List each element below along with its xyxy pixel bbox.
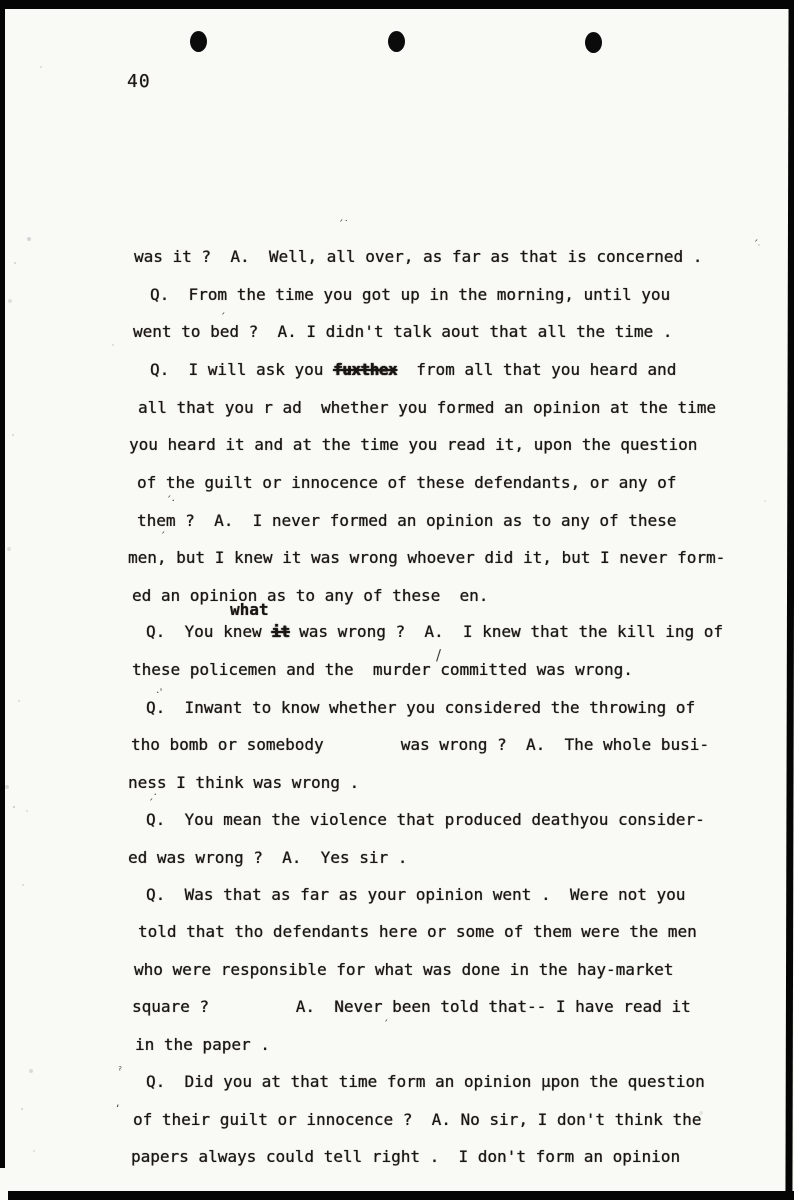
transcript-line: Q. From the time you got up in the morni…: [150, 284, 670, 306]
transcript-line: was it ? A. Well, all over, as far as th…: [134, 246, 702, 268]
transcript-line: these policemen and the murder committed…: [132, 659, 633, 681]
struck-word: it: [271, 622, 289, 641]
scan-noise-speckles: [0, 0, 2, 2]
transcript-line: Q. Did you at that time form an opinion …: [146, 1071, 705, 1093]
line-segment: from all that you heard and: [397, 360, 676, 379]
stray-mark: ˏ·: [148, 788, 157, 801]
binder-hole-icon: [388, 31, 405, 52]
transcript-line: Q. Was that as far as your opinion went …: [146, 884, 685, 906]
transcript-line-question-further: Q. I will ask you fuxthex from all that …: [150, 359, 676, 381]
stray-mark: ˊ·: [166, 494, 175, 507]
transcript-line: Q. You mean the violence that produced d…: [146, 809, 705, 831]
line-segment: Q. You knew: [146, 622, 271, 641]
binder-hole-icon: [585, 32, 602, 53]
transcript-line: ness I think was wrong .: [128, 772, 359, 794]
transcript-line-question-knew: Q. You knew it was wrong ? A. I knew tha…: [146, 621, 723, 643]
transcript-line: papers always could tell right . I don't…: [131, 1146, 680, 1168]
transcript-line: Q. Inwant to know whether you considered…: [146, 697, 695, 719]
stray-mark: ˊ: [383, 1018, 389, 1031]
transcript-line: ed an opinion as to any of these en.: [132, 585, 488, 607]
stray-mark: ˏ: [220, 302, 226, 315]
scan-edge-bottom: [8, 1191, 794, 1200]
scan-edge-top: [0, 0, 794, 9]
transcript-line: in the paper .: [135, 1034, 270, 1056]
line-segment: was wrong ? A. I knew that the kill ing …: [290, 622, 723, 641]
transcript-line: you heard it and at the time you read it…: [129, 434, 697, 456]
transcript-line: all that you r ad whether you formed an …: [138, 397, 716, 419]
page-number: 40: [127, 71, 151, 92]
scanned-page: 40 was it ? A. Well, all over, as far as…: [0, 0, 794, 1200]
inserted-word: what: [230, 600, 269, 620]
transcript-line: tho bomb or somebody was wrong ? A. The …: [131, 734, 709, 756]
stray-mark: ˊ: [753, 238, 759, 251]
transcript-line: ed was wrong ? A. Yes sir .: [128, 847, 407, 869]
transcript-line: went to bed ? A. I didn't talk aout that…: [133, 321, 672, 343]
binder-hole-icon: [190, 31, 207, 52]
transcript-line: of their guilt or innocence ? A. No sir,…: [133, 1109, 701, 1131]
stray-mark: ʻ: [116, 1102, 120, 1115]
scan-edge-left: [0, 0, 5, 1168]
stray-mark: ˀ: [118, 1064, 122, 1077]
transcript-line: told that tho defendants here or some of…: [138, 921, 697, 943]
transcript-line: them ? A. I never formed an opinion as t…: [137, 510, 676, 532]
stray-mark: ∕: [436, 646, 441, 664]
transcript-line: who were responsible for what was done i…: [134, 959, 673, 981]
stray-mark: ˊ: [160, 530, 166, 543]
line-segment: Q. I will ask you: [150, 360, 333, 379]
scan-edge-right: [785, 0, 794, 1200]
transcript-line: square ? A. Never been told that-- I hav…: [132, 996, 691, 1018]
stray-mark: ˊ: [226, 413, 232, 426]
struck-word: fuxthex: [333, 360, 397, 379]
stray-mark: ˊ˙: [338, 218, 349, 231]
transcript-line: men, but I knew it was wrong whoever did…: [128, 547, 725, 569]
stray-mark: ·ˈ: [156, 686, 163, 699]
transcript-line: of the guilt or innocence of these defen…: [137, 472, 676, 494]
